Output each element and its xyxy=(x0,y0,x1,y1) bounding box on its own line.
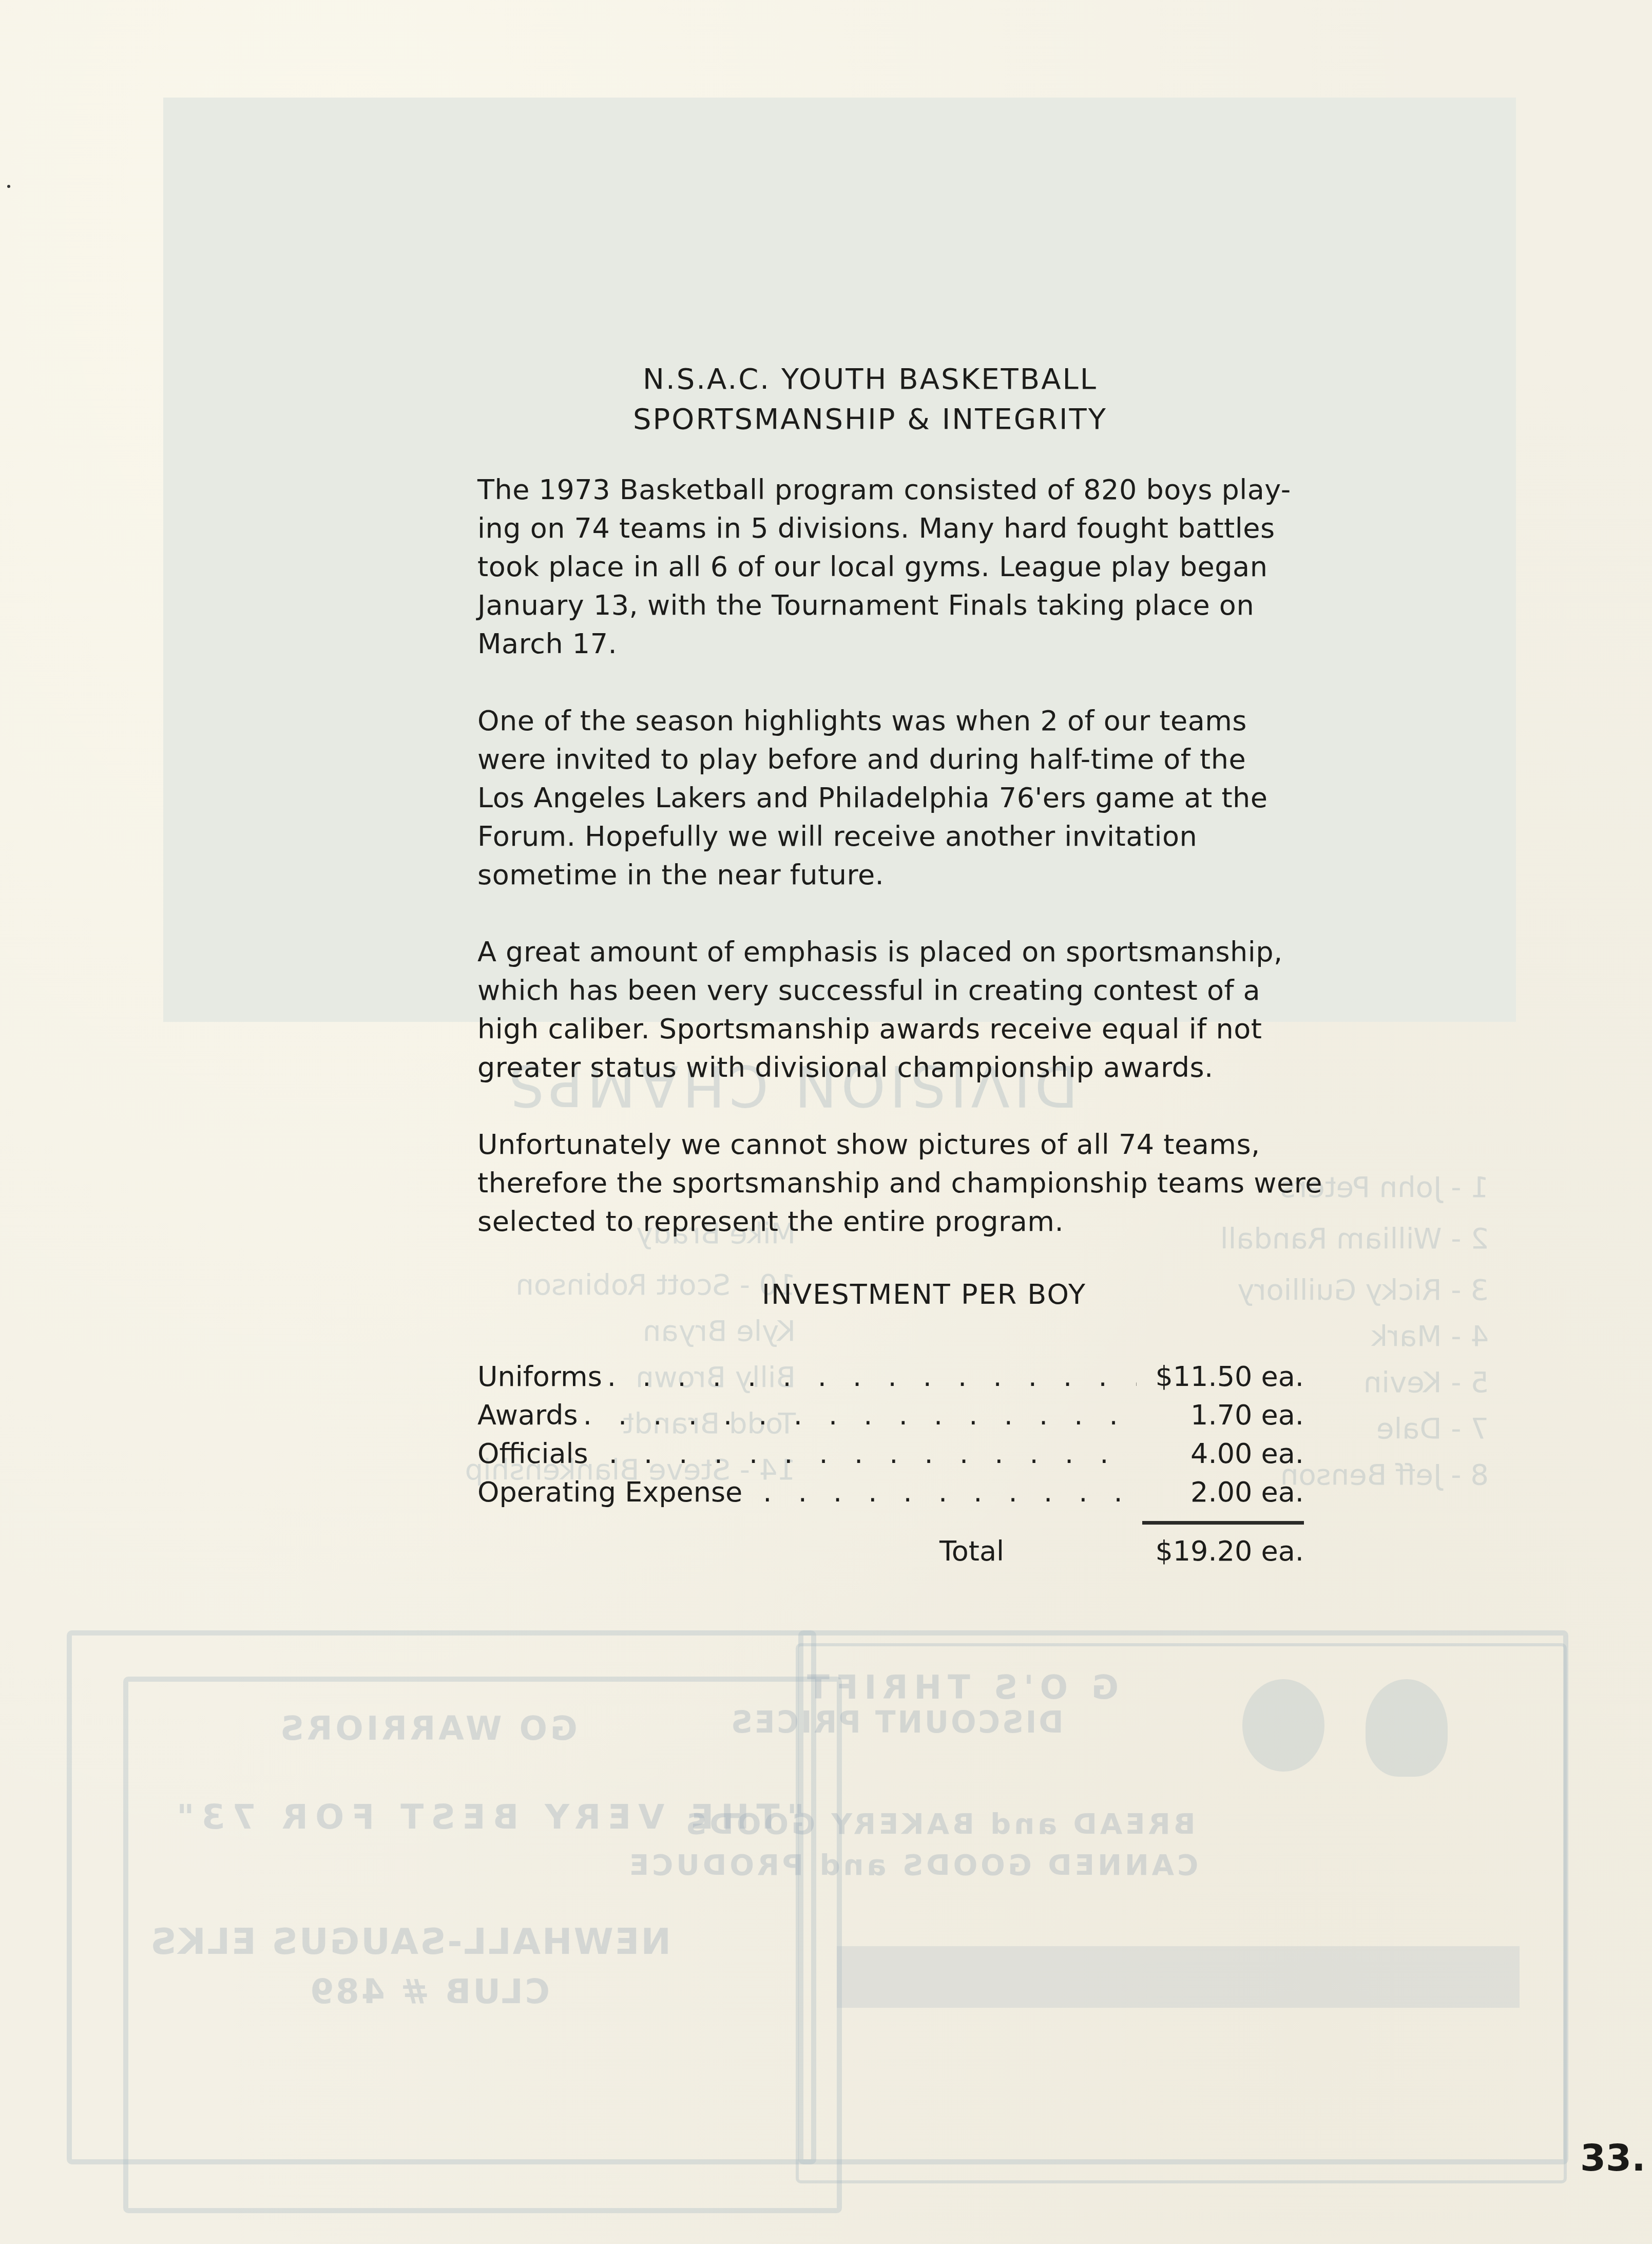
investment-item-value: 2.00 ea. xyxy=(1140,1473,1304,1511)
bleed-through-roster-line: 4 - Mark xyxy=(1371,1320,1489,1353)
bleed-through-roster-line: 5 - Kevin xyxy=(1363,1366,1489,1399)
bleed-through-ad-text: GO WARRIORS xyxy=(277,1710,578,1748)
investment-item-label: Awards xyxy=(477,1396,578,1434)
paragraph-season-highlights: One of the season highlights was when 2 … xyxy=(477,701,1324,894)
investment-total-value: $19.20 ea. xyxy=(1140,1532,1304,1570)
dot-leader: . . . . . . . . . . . . . . . . . . . . … xyxy=(607,1357,1137,1396)
bleed-through-roster-line: 7 - Dale xyxy=(1376,1412,1489,1446)
investment-row-awards: Awards . . . . . . . . . . . . . . . . .… xyxy=(477,1396,1304,1434)
investment-item-value: $11.50 ea. xyxy=(1140,1357,1304,1396)
heading-line-1: N.S.A.C. YOUTH BASKETBALL xyxy=(447,359,1294,400)
investment-row-uniforms: Uniforms . . . . . . . . . . . . . . . .… xyxy=(477,1357,1304,1396)
paragraph-sportsmanship: A great amount of emphasis is placed on … xyxy=(477,933,1324,1087)
bleed-through-ad-text: G O'S THRIFT xyxy=(801,1669,1119,1707)
bleed-through-ad-text: BREAD and BAKERY GOODS xyxy=(683,1808,1195,1841)
margin-speck xyxy=(7,185,10,188)
investment-total-row: Total $19.20 ea. xyxy=(477,1532,1304,1570)
investment-row-officials: Officials . . . . . . . . . . . . . . . … xyxy=(477,1434,1304,1473)
page-number: 33. xyxy=(1580,2136,1646,2179)
paragraph-program-overview: The 1973 Basketball program consisted of… xyxy=(477,470,1324,663)
bleed-through-ad-text: DISCOUNT PRICES xyxy=(729,1705,1063,1740)
investment-table: Uniforms . . . . . . . . . . . . . . . .… xyxy=(477,1357,1304,1570)
bleed-through-ad-logo xyxy=(1366,1679,1448,1777)
investment-item-label: Officials xyxy=(477,1434,588,1473)
page-heading: N.S.A.C. YOUTH BASKETBALL SPORTSMANSHIP … xyxy=(447,359,1294,440)
investment-row-operating-expense: Operating Expense . . . . . . . . . . . … xyxy=(477,1473,1304,1511)
heading-line-2: SPORTSMANSHIP & INTEGRITY xyxy=(447,400,1294,440)
dot-leader: . . . . . . . . . . . . . . . . . . . . … xyxy=(763,1473,1137,1511)
dot-leader: . . . . . . . . . . . . . . . . . . . . … xyxy=(583,1396,1137,1434)
investment-item-label: Operating Expense xyxy=(477,1473,742,1511)
bleed-through-ad-banner xyxy=(837,1946,1520,2008)
bleed-through-ad-logo xyxy=(1242,1679,1324,1772)
investment-item-value: 1.70 ea. xyxy=(1140,1396,1304,1434)
bleed-through-ad-text: CLUB # 489 xyxy=(308,1972,550,2011)
bleed-through-ad-text: NEWHALL-SAUGUS ELKS xyxy=(149,1920,671,1963)
paragraph-team-pictures: Unfortunately we cannot show pictures of… xyxy=(477,1125,1324,1241)
page-content: N.S.A.C. YOUTH BASKETBALL SPORTSMANSHIP … xyxy=(477,359,1324,1570)
investment-title: INVESTMENT PER BOY xyxy=(642,1275,1206,1314)
bleed-through-ad-text: CANNED GOODS and PRODUCE xyxy=(626,1849,1198,1882)
investment-item-value: 4.00 ea. xyxy=(1140,1434,1304,1473)
investment-total-label: Total xyxy=(939,1532,1140,1570)
investment-item-label: Uniforms xyxy=(477,1357,602,1396)
dot-leader: . . . . . . . . . . . . . . . . . . . . … xyxy=(609,1434,1137,1473)
